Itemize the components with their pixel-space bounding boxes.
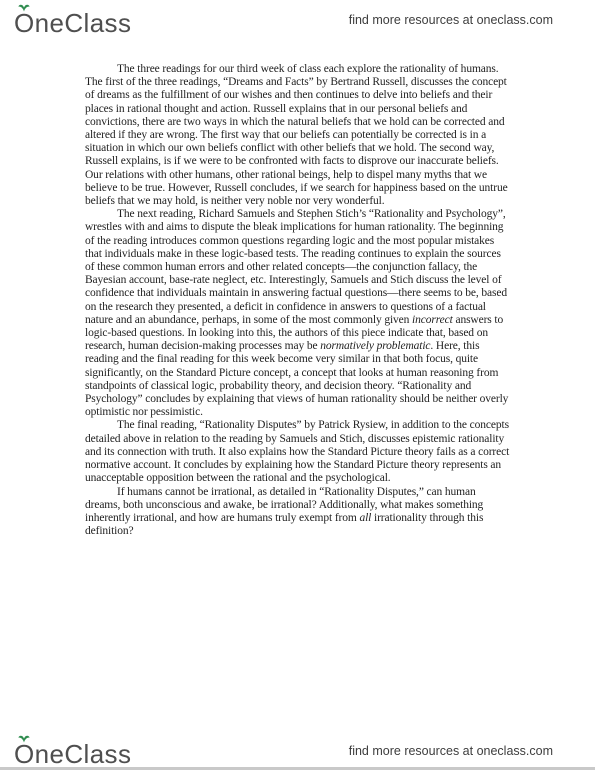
oneclass-logo[interactable]: OneClass [14,3,131,36]
header: OneClass find more resources at oneclass… [0,3,595,36]
footer-tagline[interactable]: find more resources at oneclass.com [349,744,553,758]
footer: OneClass find more resources at oneclass… [0,734,595,767]
logo-text: OneClass [14,8,131,38]
document-page: OneClass find more resources at oneclass… [0,0,595,770]
oneclass-logo-footer[interactable]: OneClass [14,734,131,767]
document-body: The three readings for our third week of… [85,63,511,538]
header-tagline[interactable]: find more resources at oneclass.com [349,13,553,27]
paragraph: The three readings for our third week of… [85,63,511,208]
logo-text: OneClass [14,739,131,769]
paragraph: The final reading, “Rationality Disputes… [85,419,511,485]
sprout-leaf-icon [17,3,31,12]
paragraph: If humans cannot be irrational, as detai… [85,486,511,539]
sprout-leaf-icon [17,734,31,743]
paragraph: The next reading, Richard Samuels and St… [85,208,511,419]
